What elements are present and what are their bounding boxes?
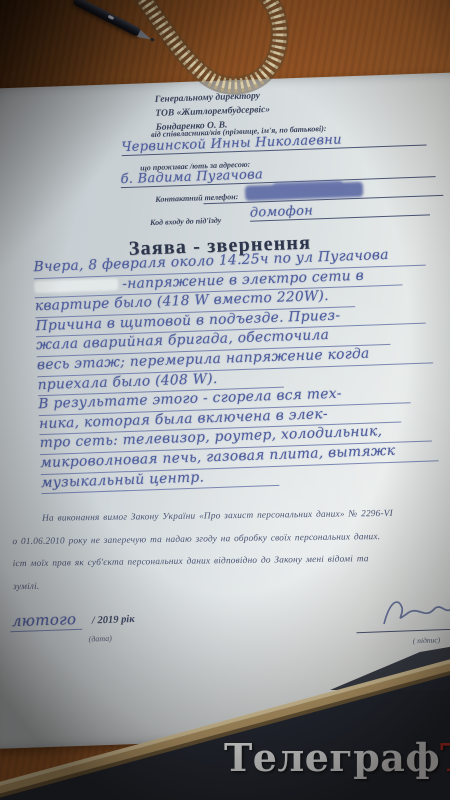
- signature-scribble: [379, 590, 450, 633]
- entry-code-label: Код входу до під'їзду: [150, 216, 221, 227]
- coiled-phone-cord: [128, 0, 308, 106]
- watermark-white-text: Телеграф: [224, 735, 440, 780]
- watermark-red-letter: Ъ: [440, 735, 450, 780]
- photo-layer: Генеральному директору ТОВ «Житлорембудс…: [0, 0, 450, 800]
- date-year-print: / 2019 рік: [92, 614, 135, 626]
- entry-code-value: домофон: [250, 199, 430, 221]
- personal-data-consent-paragraph: На виконання вимог Закону України «Про з…: [12, 502, 450, 599]
- date-handwritten: лютого: [10, 610, 83, 633]
- photo-of-document: Генеральному директору ТОВ «Житлорембудс…: [0, 0, 450, 800]
- erased-word: [34, 278, 118, 293]
- handwritten-body: Вчера, 8 февраля около 14.25ч по ул Пуга…: [33, 245, 441, 494]
- telegraf-watermark: ТелеграфЪ: [224, 735, 450, 780]
